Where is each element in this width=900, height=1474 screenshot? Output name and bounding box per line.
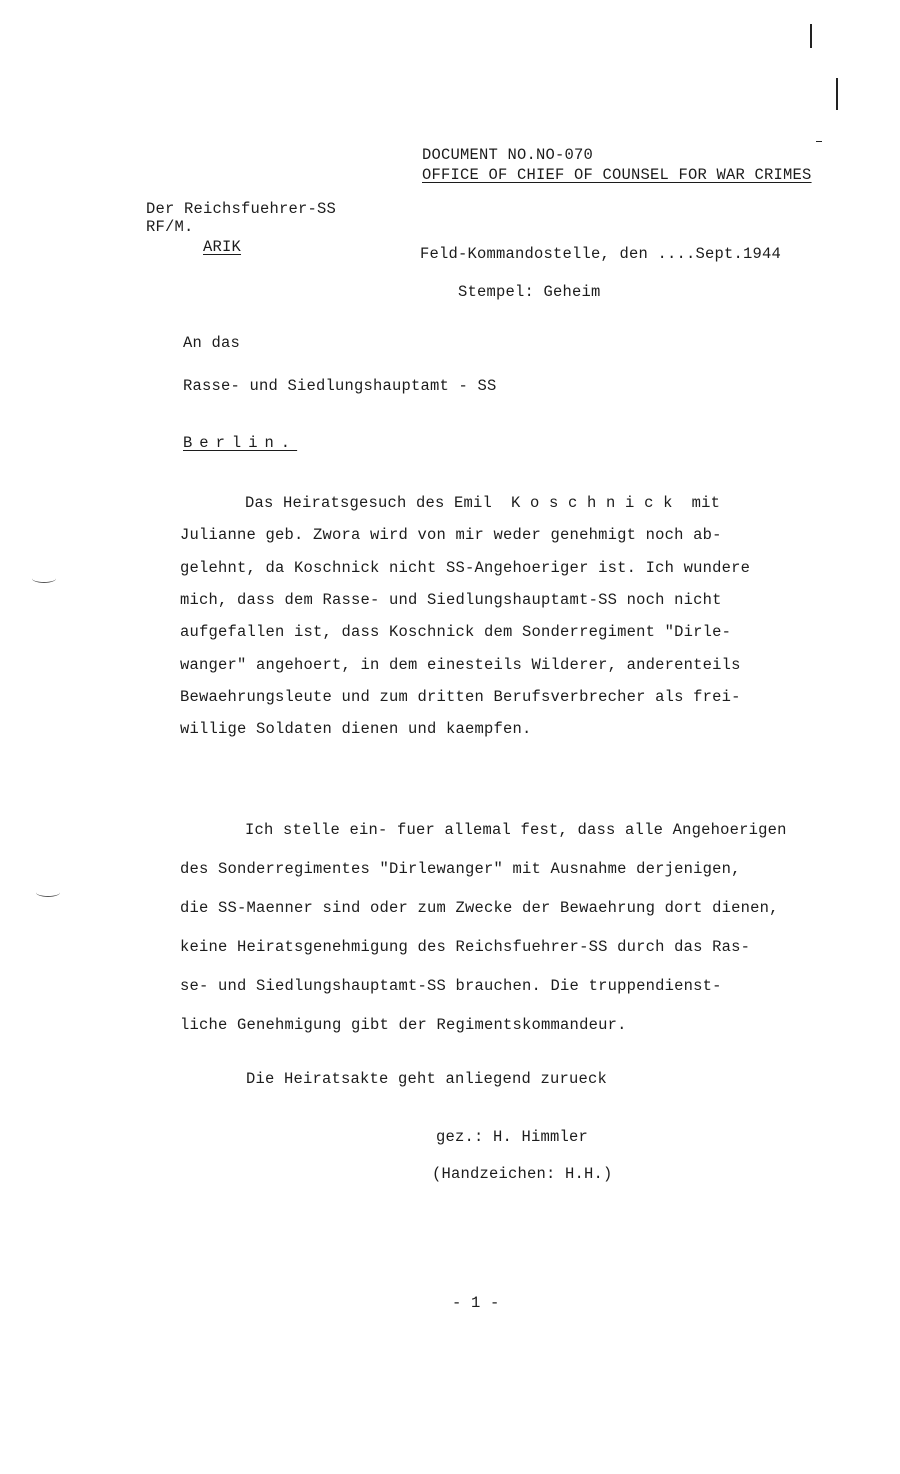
punch-hole-mark: [32, 574, 56, 583]
paragraph-line: keine Heiratsgenehmigung des Reichsfuehr…: [180, 938, 750, 956]
paragraph-line: Das Heiratsgesuch des Emil K o s c h n i…: [245, 494, 720, 512]
closing-line: Die Heiratsakte geht anliegend zurueck: [246, 1070, 607, 1088]
punch-hole-mark: [36, 888, 60, 897]
paragraph-line: des Sonderregimentes "Dirlewanger" mit A…: [180, 860, 741, 878]
paragraph-line: die SS-Maenner sind oder zum Zwecke der …: [180, 899, 779, 917]
paragraph-line: aufgefallen ist, dass Koschnick dem Sond…: [180, 623, 731, 641]
paragraph-line: Bewaehrungsleute und zum dritten Berufsv…: [180, 688, 741, 706]
scan-mark: [816, 141, 822, 142]
place-date: Feld-Kommandostelle, den ....Sept.1944: [420, 245, 781, 263]
sender-reference: ARIK: [203, 238, 241, 256]
recipient-city: Berlin.: [183, 434, 297, 452]
paragraph-line: willige Soldaten dienen und kaempfen.: [180, 720, 532, 738]
paragraph-line: Ich stelle ein- fuer allemal fest, dass …: [245, 821, 787, 839]
recipient-line-1: An das: [183, 334, 240, 352]
paragraph-line: wanger" angehoert, in dem einesteils Wil…: [180, 656, 741, 674]
signature-initials: (Handzeichen: H.H.): [432, 1165, 613, 1183]
paragraph-line: mich, dass dem Rasse- und Siedlungshaupt…: [180, 591, 722, 609]
paragraph-line: gelehnt, da Koschnick nicht SS-Angehoeri…: [180, 559, 750, 577]
scan-mark: [810, 24, 812, 48]
paragraph-line: liche Genehmigung gibt der Regimentskomm…: [180, 1016, 627, 1034]
sender-line-2: RF/M.: [146, 218, 194, 236]
signature: gez.: H. Himmler: [436, 1128, 588, 1146]
office-heading: OFFICE OF CHIEF OF COUNSEL FOR WAR CRIME…: [422, 166, 812, 184]
paragraph-line: se- und Siedlungshauptamt-SS brauchen. D…: [180, 977, 722, 995]
paragraph-line: Julianne geb. Zwora wird von mir weder g…: [180, 526, 722, 544]
stamp-classification: Stempel: Geheim: [458, 283, 601, 301]
document-number: DOCUMENT NO.NO-070: [422, 146, 593, 164]
page-number: - 1 -: [452, 1294, 500, 1312]
recipient-line-2: Rasse- und Siedlungshauptamt - SS: [183, 377, 497, 395]
scan-mark: [836, 78, 838, 110]
sender-line-1: Der Reichsfuehrer-SS: [146, 200, 336, 218]
